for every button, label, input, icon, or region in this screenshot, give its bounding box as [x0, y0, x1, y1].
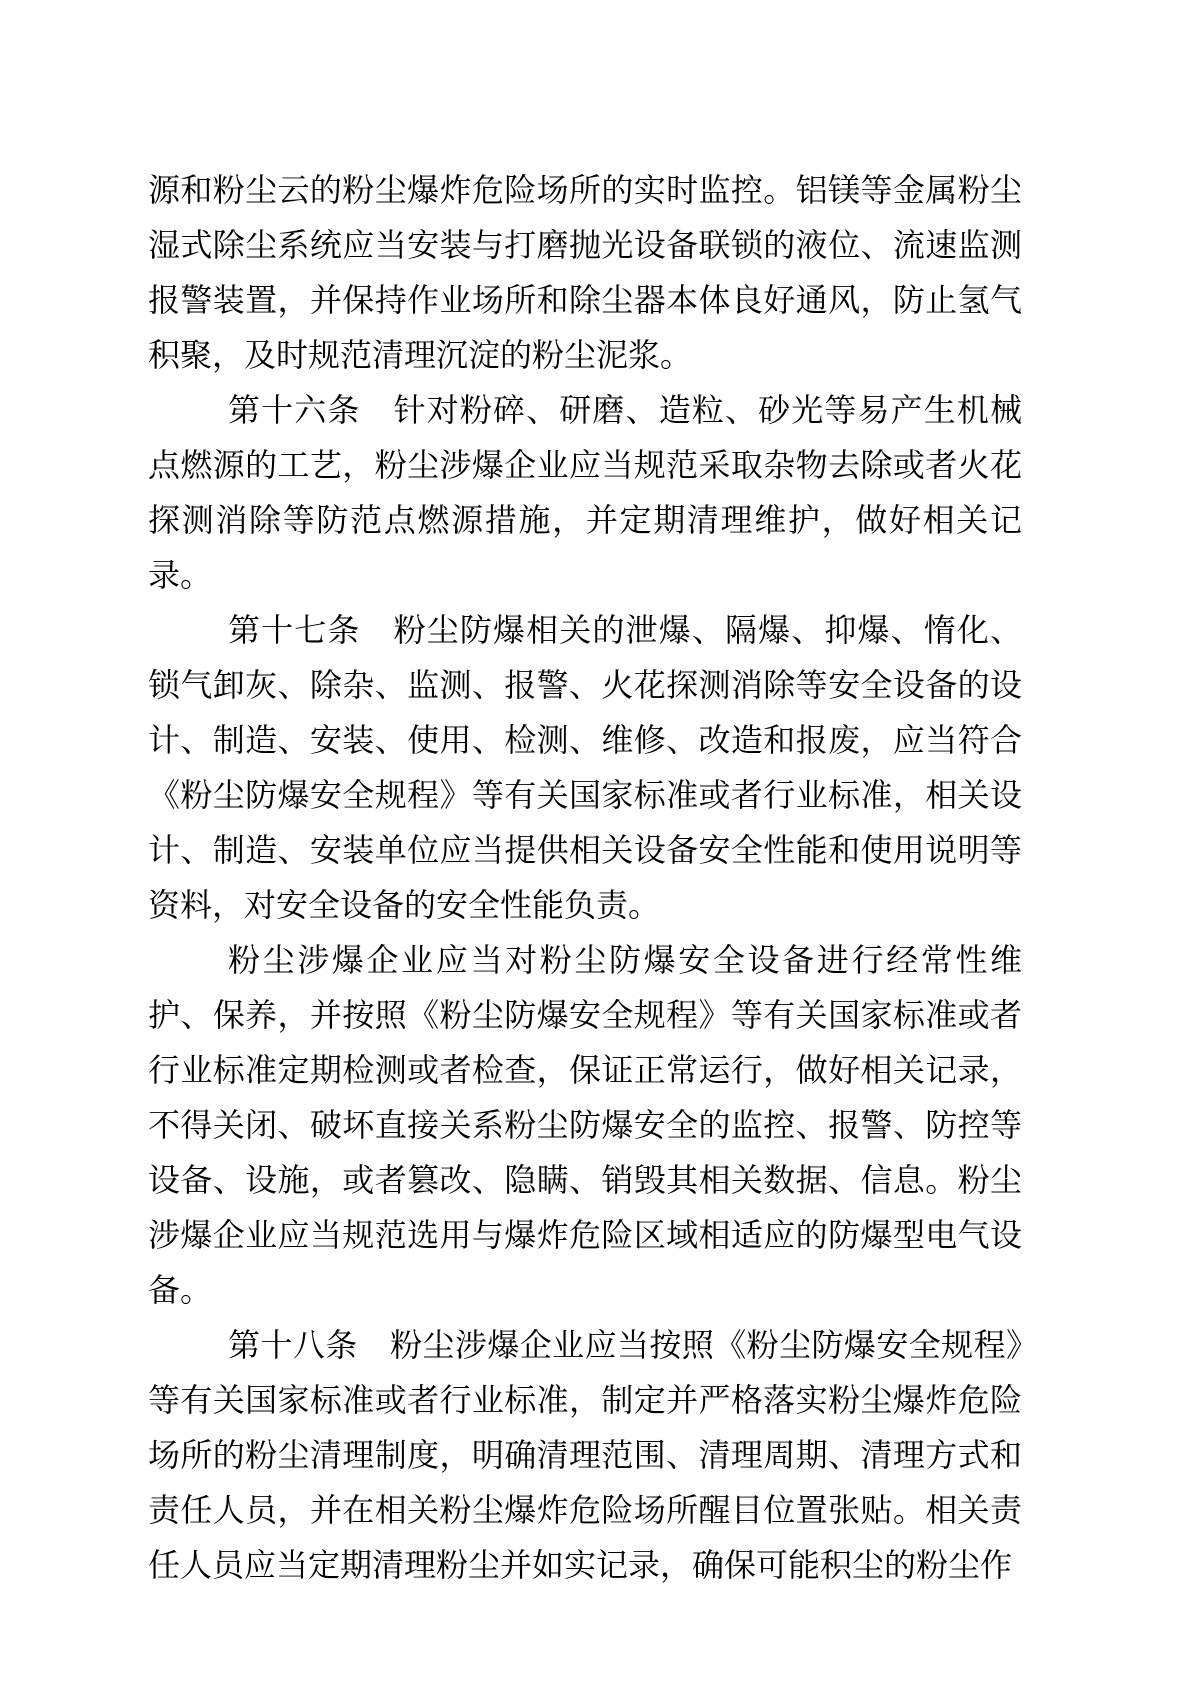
paragraph-article-17-part-2: 粉尘涉爆企业应当对粉尘防爆安全设备进行经常性维护、保养，并按照《粉尘防爆安全规程…: [148, 933, 1022, 1318]
paragraph-article-16: 第十六条 针对粉碎、研磨、造粒、砂光等易产生机械点燃源的工艺，粉尘涉爆企业应当规…: [148, 383, 1022, 603]
document-page: 源和粉尘云的粉尘爆炸危险场所的实时监控。铝镁等金属粉尘湿式除尘系统应当安装与打磨…: [0, 0, 1190, 1683]
paragraph-article-18: 第十八条 粉尘涉爆企业应当按照《粉尘防爆安全规程》等有关国家标准或者行业标准，制…: [148, 1318, 1022, 1593]
paragraph-article-17-part-1: 第十七条 粉尘防爆相关的泄爆、隔爆、抑爆、惰化、锁气卸灰、除杂、监测、报警、火花…: [148, 603, 1022, 933]
paragraph-continuation: 源和粉尘云的粉尘爆炸危险场所的实时监控。铝镁等金属粉尘湿式除尘系统应当安装与打磨…: [148, 163, 1022, 383]
